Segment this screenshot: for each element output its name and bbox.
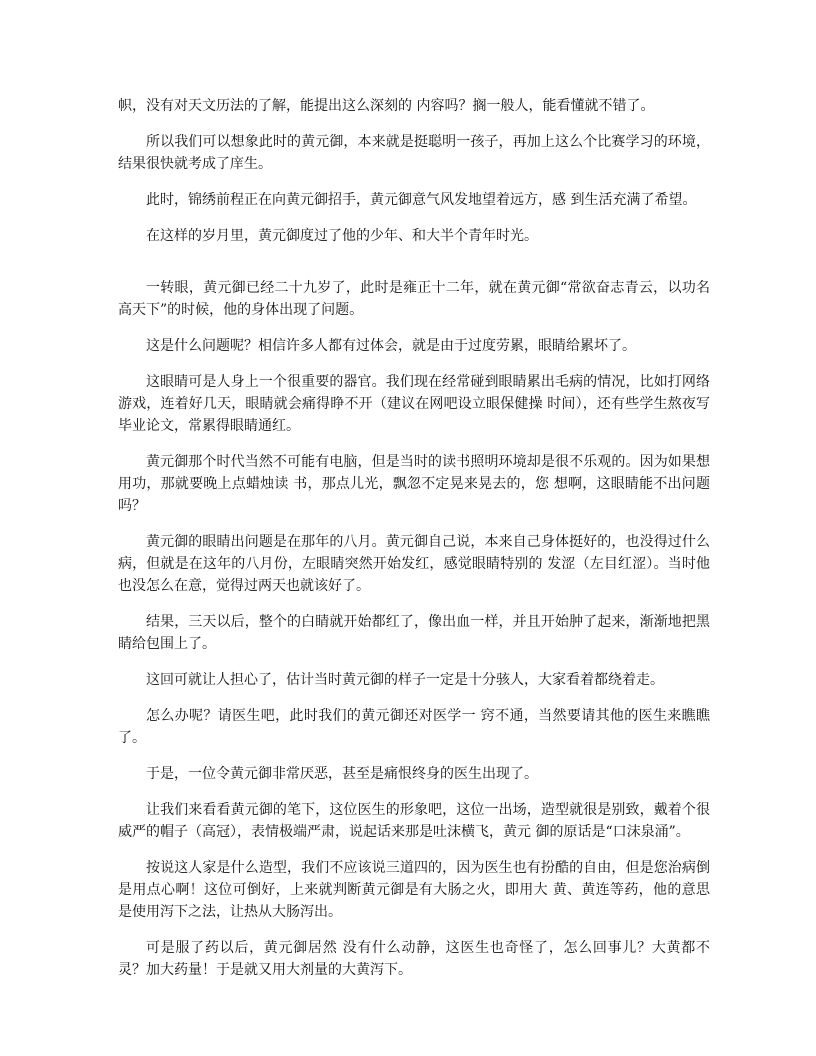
paragraph-11: 这回可就让人担心了，估计当时黄元御的样子一定是十分骇人，大家看着都绕着走。 <box>118 669 710 691</box>
paragraph-1: 帜，没有对天文历法的了解，能提出这么深刻的 内容吗？搁一般人，能看懂就不错了。 <box>118 95 710 117</box>
paragraph-14: 让我们来看看黄元御的笔下，这位医生的形象吧，这位一出场，造型就很是别致，戴着个很… <box>118 799 710 843</box>
document-page: 帜，没有对天文历法的了解，能提出这么深刻的 内容吗？搁一般人，能看懂就不错了。 … <box>118 95 710 995</box>
paragraph-8: 黄元御那个时代当然不可能有电脑，但是当时的读书照明环境却是很不乐观的。因为如果想… <box>118 451 710 517</box>
paragraph-13: 于是，一位令黄元御非常厌恶，甚至是痛恨终身的医生出现了。 <box>118 763 710 785</box>
paragraph-10: 结果，三天以后，整个的白睛就开始都红了，像出血一样，并且开始肿了起来，渐渐地把黑… <box>118 611 710 655</box>
paragraph-15: 按说这人家是什么造型，我们不应该说三道四的，因为医生也有扮酷的自由，但是您治病倒… <box>118 857 710 923</box>
paragraph-4: 在这样的岁月里，黄元御度过了他的少年、和大半个青年时光。 <box>118 225 710 247</box>
paragraph-2: 所以我们可以想象此时的黄元御，本来就是挺聪明一孩子，再加上这么个比赛学习的环境，… <box>118 131 710 175</box>
paragraph-5: 一转眼，黄元御已经二十九岁了，此时是雍正十二年，就在黄元御“常欲奋志青云，以功名… <box>118 277 710 321</box>
paragraph-12: 怎么办呢？请医生吧，此时我们的黄元御还对医学一 窍不通，当然要请其他的医生来瞧瞧… <box>118 705 710 749</box>
paragraph-3: 此时，锦绣前程正在向黄元御招手，黄元御意气风发地望着远方，感 到生活充满了希望。 <box>118 189 710 211</box>
paragraph-7: 这眼睛可是人身上一个很重要的器官。我们现在经常碰到眼睛累出毛病的情况，比如打网络… <box>118 371 710 437</box>
paragraph-9: 黄元御的眼睛出问题是在那年的八月。黄元御自己说，本来自己身体挺好的，也没得过什么… <box>118 531 710 597</box>
paragraph-16: 可是服了药以后，黄元御居然 没有什么动静，这医生也奇怪了，怎么回事儿？大黄都不灵… <box>118 937 710 981</box>
paragraph-6: 这是什么问题呢？相信许多人都有过体会，就是由于过度劳累，眼睛给累坏了。 <box>118 335 710 357</box>
